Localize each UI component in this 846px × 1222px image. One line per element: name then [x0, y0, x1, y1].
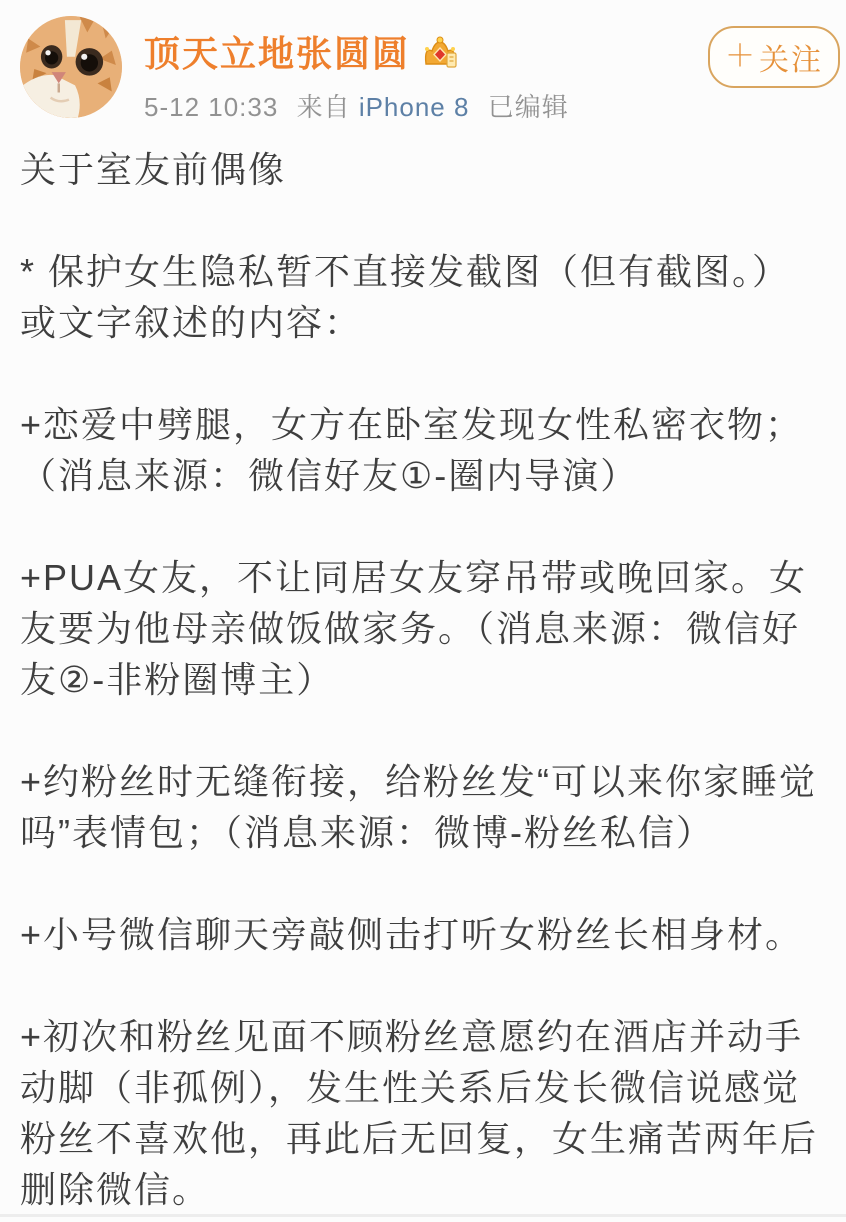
post-paragraph: +小号微信聊天旁敲侧击打听女粉丝长相身材。 [20, 909, 826, 960]
username[interactable]: 顶天立地张圆圆 [144, 32, 410, 75]
post-paragraph: +约粉丝时无缝衔接，给粉丝发“可以来你家睡觉吗”表情包；（消息来源：微博-粉丝私… [20, 756, 826, 858]
post-header: 顶天立地张圆圆 5-12 10:33 来自 iPhone 8 [0, 0, 846, 120]
cat-avatar-image [20, 16, 122, 118]
timestamp: 5-12 10:33 [144, 92, 278, 122]
avatar[interactable] [20, 16, 122, 118]
post-paragraph: * 保护女生隐私暂不直接发截图（但有截图。）或文字叙述的内容： [20, 246, 826, 348]
follow-button[interactable]: ＋ 关注 [708, 26, 840, 88]
source-prefix: 来自 [297, 92, 351, 122]
weibo-post: 顶天立地张圆圆 5-12 10:33 来自 iPhone 8 [0, 0, 846, 1222]
edited-badge: 已编辑 [488, 92, 569, 122]
bottom-divider [0, 1214, 846, 1217]
post-meta: 5-12 10:33 来自 iPhone 8 已编辑 [144, 87, 826, 124]
post-paragraph: +PUA女友，不让同居女友穿吊带或晚回家。女友要为他母亲做饭做家务。（消息来源：… [20, 552, 826, 705]
plus-icon: ＋ [725, 42, 757, 72]
follow-label: 关注 [759, 35, 823, 79]
post-body: 关于室友前偶像 * 保护女生隐私暂不直接发截图（但有截图。）或文字叙述的内容： … [0, 120, 846, 1215]
post-title-line: 关于室友前偶像 [20, 144, 826, 195]
post-paragraph: +恋爱中劈腿，女方在卧室发现女性私密衣物； （消息来源：微信好友①-圈内导演） [20, 399, 826, 501]
vip-crown-icon [420, 34, 460, 74]
device-link[interactable]: iPhone 8 [359, 92, 470, 122]
post-paragraph: +初次和粉丝见面不顾粉丝意愿约在酒店并动手动脚（非孤例），发生性关系后发长微信说… [20, 1011, 826, 1215]
